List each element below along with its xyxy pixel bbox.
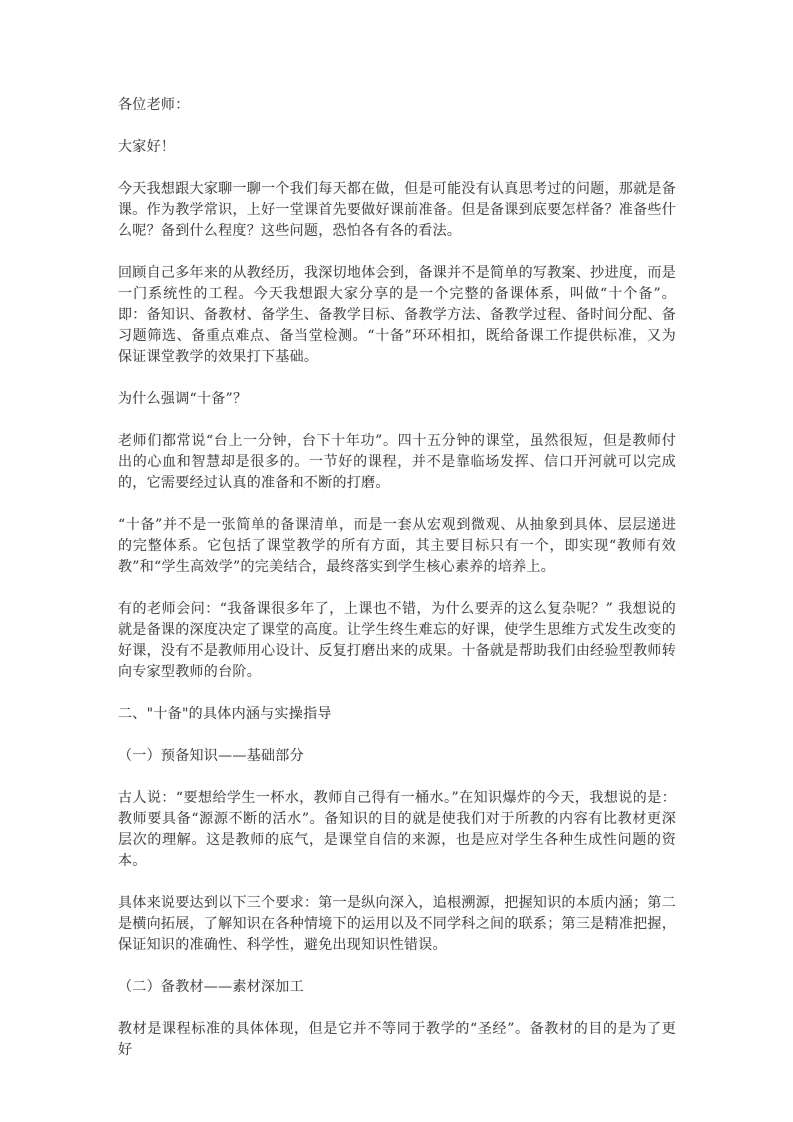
paragraph: （一）预备知识——基础部分 [118,746,676,767]
paragraph: 大家好！ [118,137,676,158]
paragraph: 二、"十备"的具体内涵与实操指导 [118,704,676,725]
paragraph: 老师们都常说“台上一分钟，台下十年功”。四十五分钟的课堂，虽然很短，但是教师付出… [118,431,676,494]
document-page: 各位老师：大家好！今天我想跟大家聊一聊一个我们每天都在做，但是可能没有认真思考过… [0,0,793,1122]
paragraph: 古人说：“要想给学生一杯水，教师自己得有一桶水。”在知识爆炸的今天，我想说的是：… [118,788,676,872]
paragraph: 教材是课程标准的具体体现，但是它并不等同于教学的“圣经”。备教材的目的是为了更好 [118,1019,676,1061]
paragraph: 回顾自己多年来的从教经历，我深切地体会到，备课并不是简单的写教案、抄进度，而是一… [118,263,676,368]
paragraph: 具体来说要达到以下三个要求：第一是纵向深入，追根溯源，把握知识的本质内涵；第二是… [118,893,676,956]
paragraph: 为什么强调“十备”？ [118,389,676,410]
paragraph: “十备”并不是一张简单的备课清单，而是一套从宏观到微观、从抽象到具体、层层递进的… [118,515,676,578]
paragraph: 各位老师： [118,95,676,116]
paragraph: （二）备教材——素材深加工 [118,977,676,998]
paragraph: 有的老师会问：“我备课很多年了，上课也不错，为什么要弄的这么复杂呢？” 我想说的… [118,599,676,683]
paragraph: 今天我想跟大家聊一聊一个我们每天都在做，但是可能没有认真思考过的问题，那就是备课… [118,179,676,242]
document-body: 各位老师：大家好！今天我想跟大家聊一聊一个我们每天都在做，但是可能没有认真思考过… [118,95,676,1061]
